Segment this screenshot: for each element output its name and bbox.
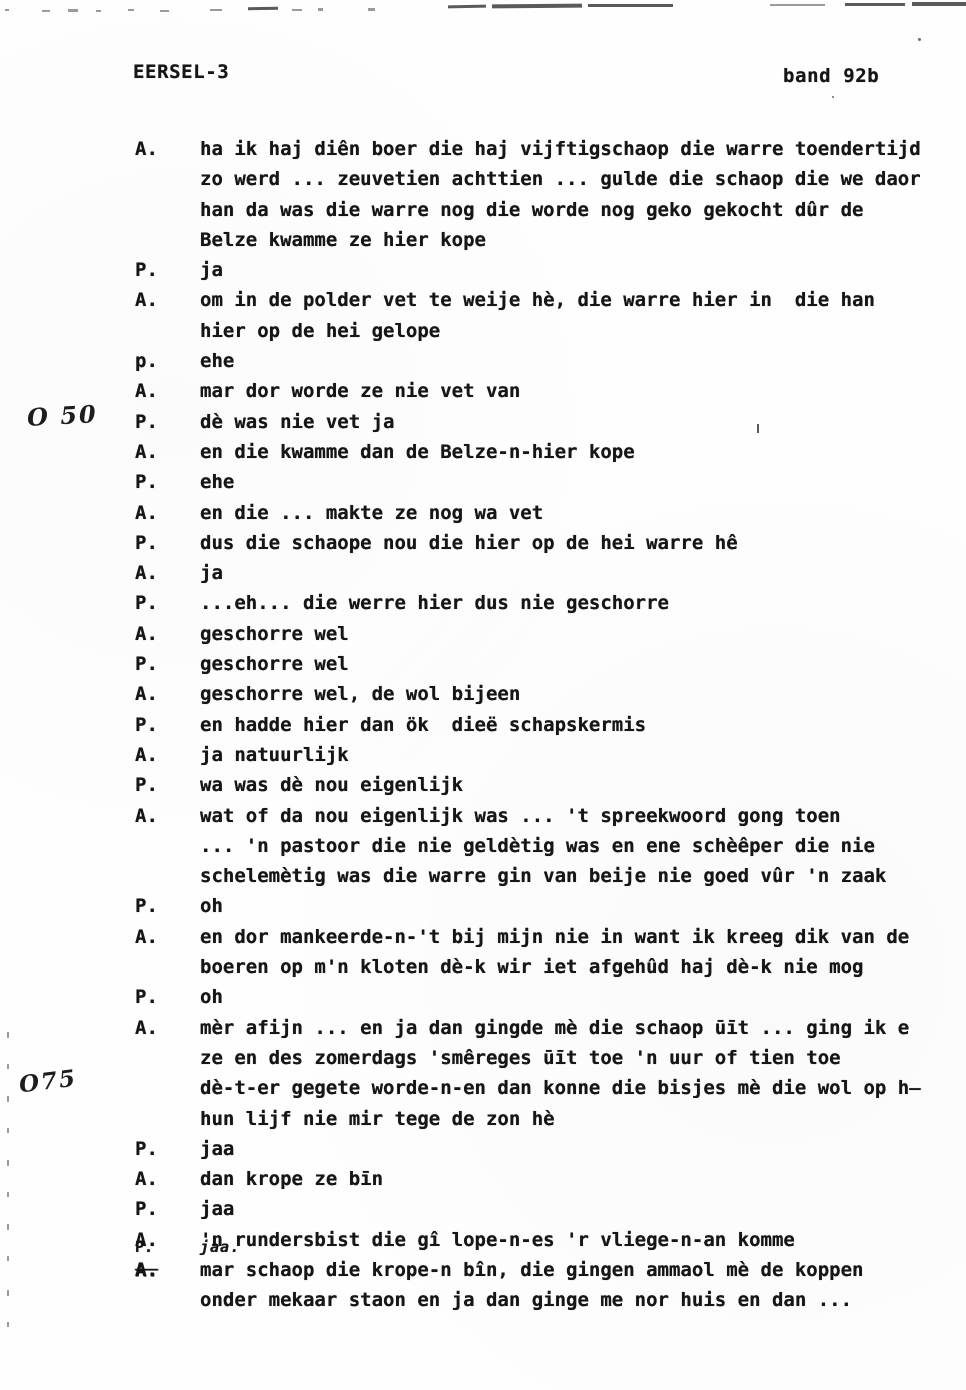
dialogue-turn: A.om in de polder vet te weije hè, die w… bbox=[135, 285, 955, 346]
dialogue-turn: p.ehe bbox=[135, 346, 955, 376]
speaker-label: p. bbox=[135, 346, 200, 376]
speaker-label-overstruck: A. bbox=[135, 1255, 200, 1316]
speaker-label: A. bbox=[135, 1013, 200, 1134]
utterance-text: ...eh... die werre hier dus nie geschorr… bbox=[200, 588, 955, 618]
scan-artifact bbox=[7, 1128, 9, 1133]
dialogue-turn: P.ehe bbox=[135, 467, 955, 497]
speaker-label: P. bbox=[135, 467, 200, 497]
dialogue-turn: P.jaa bbox=[135, 1194, 955, 1224]
scan-artifact bbox=[210, 9, 222, 11]
dialogue-turn: A.en dor mankeerde-n-'t bij mijn nie in … bbox=[135, 922, 955, 983]
dialogue-turn: A.ja bbox=[135, 558, 955, 588]
utterance-text: wa was dè nou eigenlijk bbox=[200, 770, 955, 800]
scan-artifact bbox=[448, 5, 486, 9]
dialogue-turn: A.geschorre wel bbox=[135, 619, 955, 649]
dialogue-turn: A.mèr afijn ... en ja dan gingde mè die … bbox=[135, 1013, 955, 1134]
speaker-label: A. bbox=[135, 619, 200, 649]
speaker-label: A. bbox=[135, 437, 200, 467]
utterance-text: geschorre wel, de wol bijeen bbox=[200, 679, 955, 709]
dialogue-turn: A.mar dor worde ze nie vet van bbox=[135, 376, 955, 406]
speaker-label: A. bbox=[135, 285, 200, 346]
scan-artifact bbox=[912, 2, 966, 6]
dialogue-turn: P.dus die schaope nou die hier op de hei… bbox=[135, 528, 955, 558]
utterance-text: en hadde hier dan ök dieë schapskermis bbox=[200, 710, 955, 740]
dialogue-turn: P.oh bbox=[135, 982, 955, 1012]
scan-artifact bbox=[5, 9, 9, 11]
speaker-label: A. bbox=[135, 740, 200, 770]
speaker-label: P. bbox=[135, 891, 200, 921]
scan-artifact bbox=[492, 4, 582, 9]
speaker-label: P. bbox=[135, 982, 200, 1012]
dialogue-turn: P.ja bbox=[135, 255, 955, 285]
scan-artifact bbox=[7, 1322, 9, 1327]
scan-artifact bbox=[7, 1096, 9, 1102]
speaker-label: A. bbox=[135, 134, 200, 255]
dialogue-turn: P.oh bbox=[135, 891, 955, 921]
scan-artifact bbox=[368, 8, 375, 11]
document-id: EERSEL-3 bbox=[133, 61, 229, 83]
scan-artifact bbox=[588, 4, 673, 7]
margin-annotation-050: O 50 bbox=[26, 399, 98, 432]
scan-artifact bbox=[42, 10, 50, 12]
scan-artifact bbox=[7, 1224, 9, 1230]
speaker-label: P. bbox=[135, 649, 200, 679]
scan-artifact bbox=[318, 8, 323, 11]
scan-artifact bbox=[96, 10, 101, 12]
speaker-label: A. bbox=[135, 922, 200, 983]
utterance-text: mar schaop die krope-n bîn, die gingen a… bbox=[200, 1255, 955, 1316]
dialogue-turn: A.en die kwamme dan de Belze-n-hier kope bbox=[135, 437, 955, 467]
utterance-text: geschorre wel bbox=[200, 619, 955, 649]
utterance-text: dan krope ze bīn bbox=[200, 1164, 955, 1194]
speaker-label: P. bbox=[135, 770, 200, 800]
speaker-label: A. bbox=[135, 1164, 200, 1194]
margin-annotation-075: O75 bbox=[18, 1065, 79, 1099]
utterance-text: jaa bbox=[200, 1134, 955, 1164]
speaker-label: A. bbox=[135, 801, 200, 892]
utterance-text: en die ... makte ze nog wa vet bbox=[200, 498, 955, 528]
tape-label: band 92b bbox=[783, 65, 879, 87]
scan-artifact bbox=[7, 1032, 9, 1038]
dialogue-turn: P.geschorre wel bbox=[135, 649, 955, 679]
dialogue-turn: P.jaa bbox=[135, 1134, 955, 1164]
utterance-text: wat of da nou eigenlijk was ... 't spree… bbox=[200, 801, 955, 892]
scan-artifact bbox=[248, 7, 278, 11]
speaker-label: P. bbox=[135, 588, 200, 618]
dialogue-turn: A.ja natuurlijk bbox=[135, 740, 955, 770]
utterance-text: mar dor worde ze nie vet van bbox=[200, 376, 955, 406]
speaker-label: A. bbox=[135, 498, 200, 528]
dialogue-turn: P....eh... die werre hier dus nie gescho… bbox=[135, 588, 955, 618]
scan-artifact bbox=[7, 1192, 9, 1197]
scan-artifact bbox=[160, 10, 169, 12]
utterance-text-handwritten: jaa. bbox=[200, 1239, 955, 1255]
utterance-text: en die kwamme dan de Belze-n-hier kope bbox=[200, 437, 955, 467]
utterance-text: ehe bbox=[200, 346, 955, 376]
scan-artifact bbox=[7, 1160, 9, 1166]
dialogue-turn: A.mar schaop die krope-n bîn, die gingen… bbox=[135, 1255, 955, 1316]
dialogue-turn: A.en die ... makte ze nog wa vet bbox=[135, 498, 955, 528]
scan-speck bbox=[832, 96, 834, 98]
dialogue-turn-inserted: P.jaa. bbox=[135, 1239, 955, 1255]
speaker-label: P. bbox=[135, 1194, 200, 1224]
speaker-label: P. bbox=[135, 255, 200, 285]
scan-artifact bbox=[128, 9, 134, 11]
scan-artifact bbox=[292, 9, 302, 11]
utterance-text: ehe bbox=[200, 467, 955, 497]
scan-artifact bbox=[7, 1256, 9, 1261]
speaker-label: P. bbox=[135, 407, 200, 437]
speaker-label: P. bbox=[135, 710, 200, 740]
utterance-text: dus die schaope nou die hier op de hei w… bbox=[200, 528, 955, 558]
dialogue-turn: A.ha ik haj diên boer die haj vijftigsch… bbox=[135, 134, 955, 255]
utterance-text: oh bbox=[200, 891, 955, 921]
dialogue-turn: P.wa was dè nou eigenlijk bbox=[135, 770, 955, 800]
dialogue-turn: P.dè was nie vet ja bbox=[135, 407, 955, 437]
utterance-text: dè was nie vet ja bbox=[200, 407, 955, 437]
utterance-text: ja natuurlijk bbox=[200, 740, 955, 770]
utterance-text: jaa bbox=[200, 1194, 955, 1224]
utterance-text: en dor mankeerde-n-'t bij mijn nie in wa… bbox=[200, 922, 955, 983]
scan-artifact bbox=[68, 9, 78, 12]
dialogue-turn: A.geschorre wel, de wol bijeen bbox=[135, 679, 955, 709]
dialogue-turn: A.wat of da nou eigenlijk was ... 't spr… bbox=[135, 801, 955, 892]
scan-artifact bbox=[770, 4, 825, 6]
scan-artifact bbox=[7, 1290, 9, 1296]
scan-artifact bbox=[7, 1064, 9, 1069]
speaker-label: P. bbox=[135, 1239, 200, 1255]
dialogue-turn: P.en hadde hier dan ök dieë schapskermis bbox=[135, 710, 955, 740]
utterance-text: geschorre wel bbox=[200, 649, 955, 679]
dialogue-turn: A.dan krope ze bīn bbox=[135, 1164, 955, 1194]
utterance-text: mèr afijn ... en ja dan gingde mè die sc… bbox=[200, 1013, 955, 1134]
speaker-label: A. bbox=[135, 558, 200, 588]
speaker-label: P. bbox=[135, 528, 200, 558]
scan-artifact bbox=[845, 3, 905, 6]
speaker-label: A. bbox=[135, 679, 200, 709]
speaker-label: A. bbox=[135, 376, 200, 406]
utterance-text: ha ik haj diên boer die haj vijftigschao… bbox=[200, 134, 955, 255]
scan-speck bbox=[918, 38, 921, 41]
utterance-text: ja bbox=[200, 255, 955, 285]
utterance-text: oh bbox=[200, 982, 955, 1012]
transcript: A.ha ik haj diên boer die haj vijftigsch… bbox=[135, 134, 955, 1316]
utterance-text: ja bbox=[200, 558, 955, 588]
utterance-text: om in de polder vet te weije hè, die war… bbox=[200, 285, 955, 346]
scanned-page: EERSEL-3 band 92b O 50 O75 A.ha ik haj d… bbox=[0, 0, 966, 1390]
speaker-label: P. bbox=[135, 1134, 200, 1164]
